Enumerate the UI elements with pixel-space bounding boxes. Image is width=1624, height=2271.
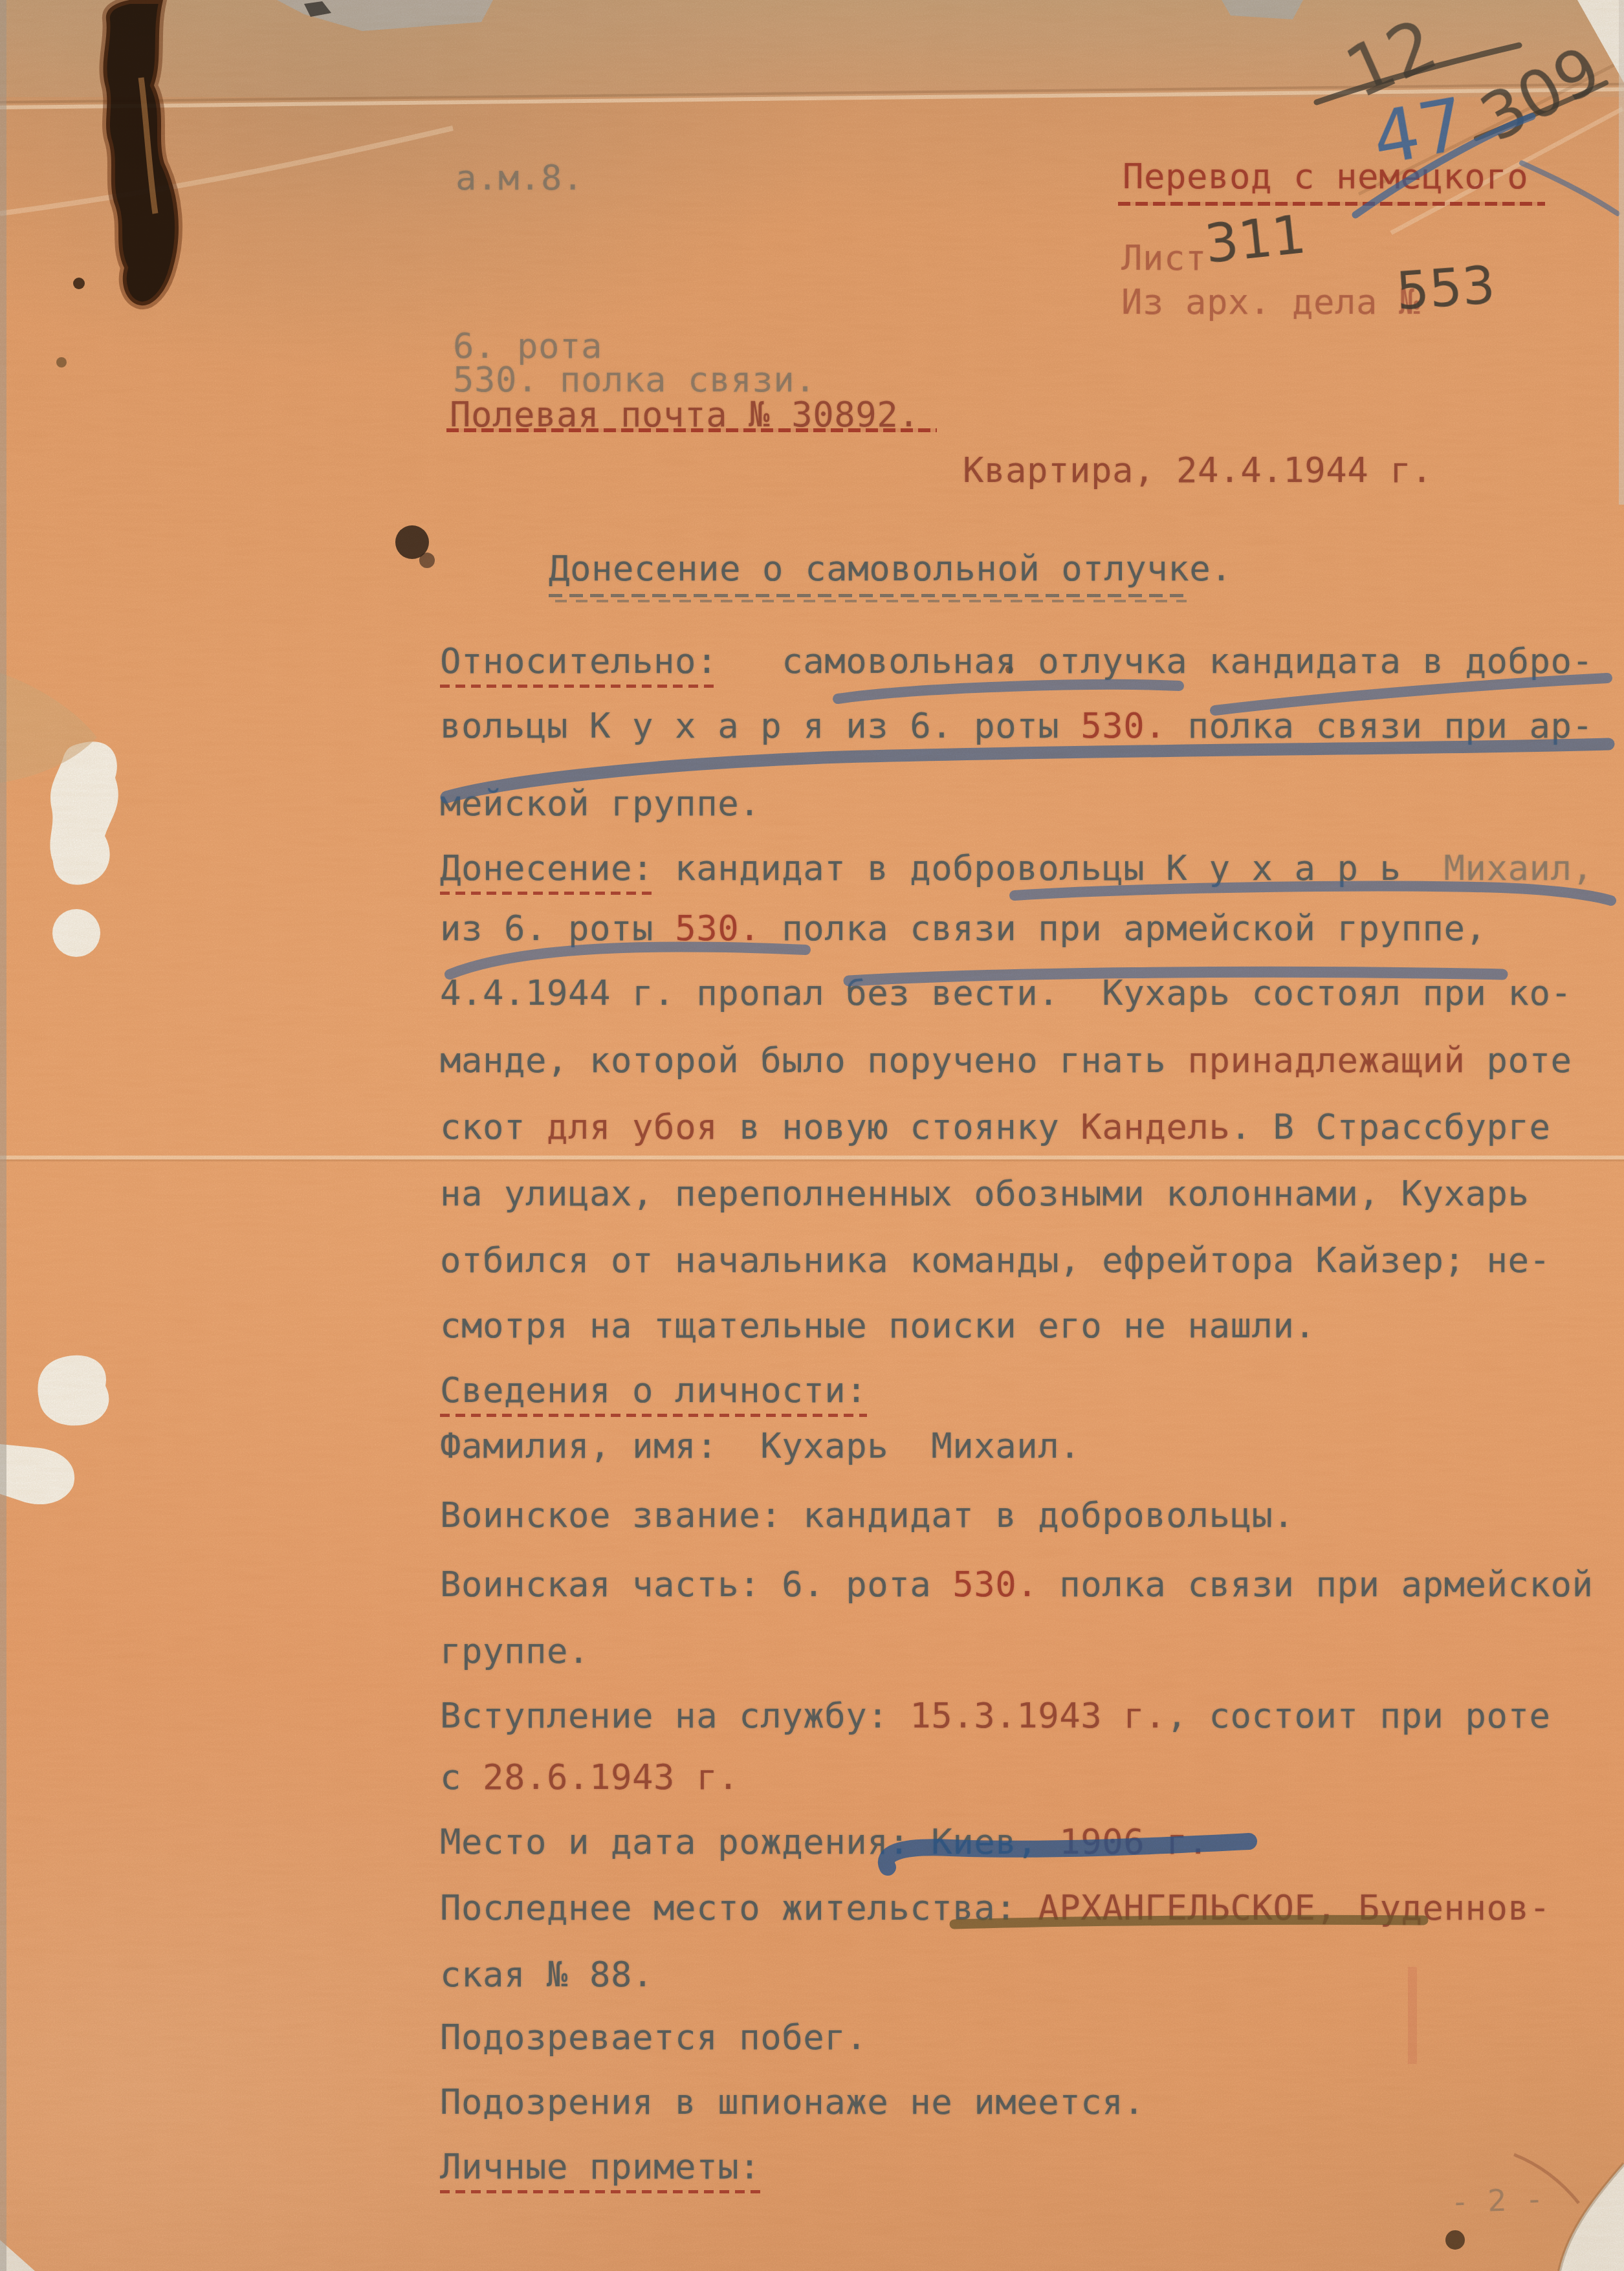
scanned-document: а.м.8. Перевод с немецкого Лист 311 Из а… bbox=[0, 0, 1624, 2271]
fiber-rect bbox=[0, 0, 1624, 2271]
paper-texture bbox=[0, 0, 1624, 2271]
